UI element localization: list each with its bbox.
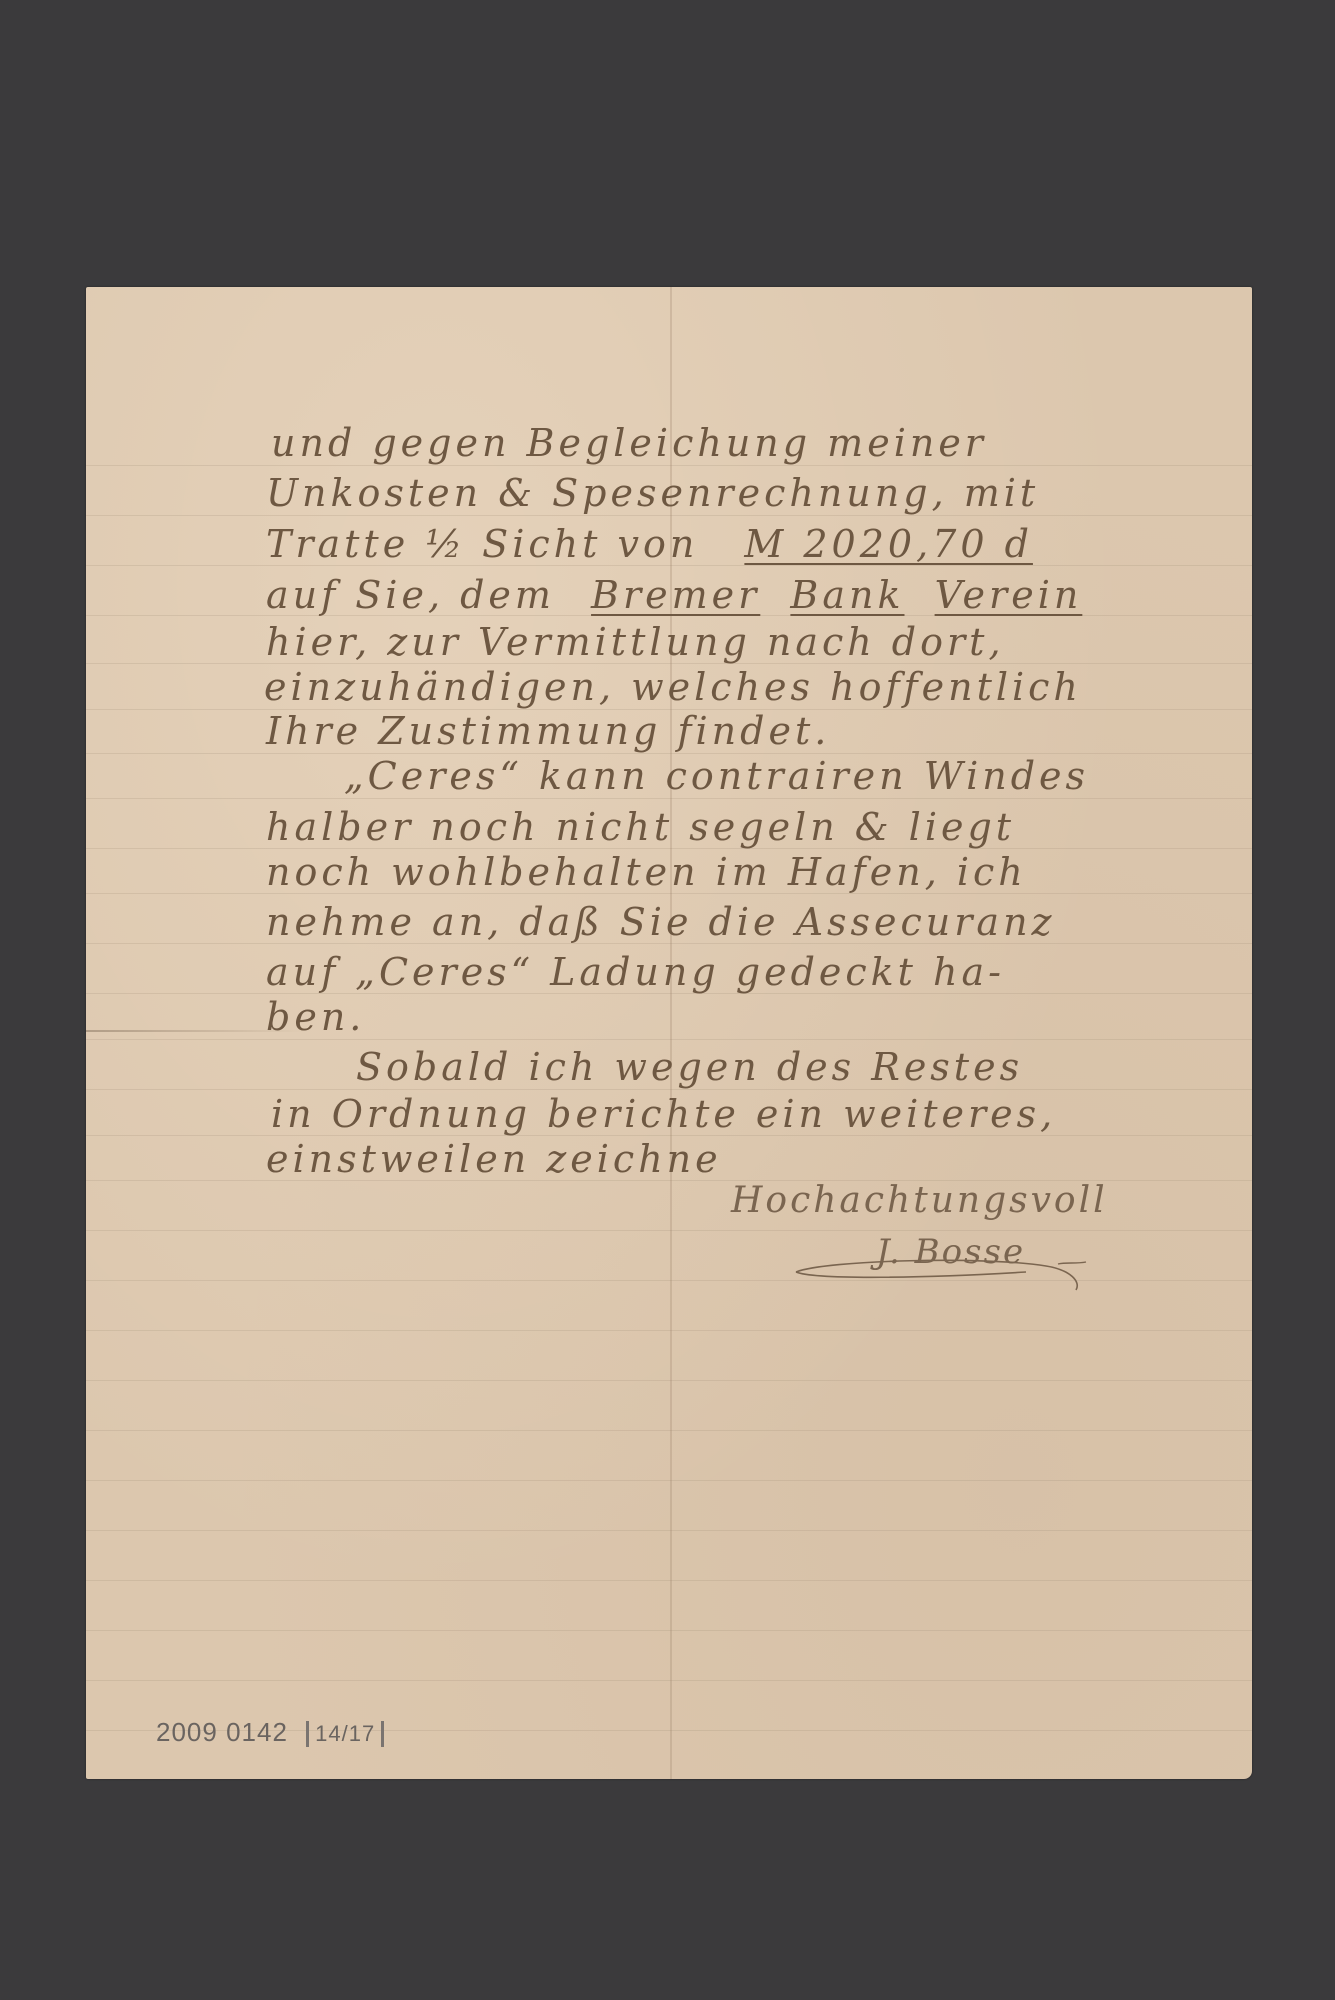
text-line-13: ben.	[266, 995, 365, 1039]
draft-text: Tratte ½ Sicht von	[266, 522, 698, 566]
text-line-16: einstweilen zeichne	[266, 1137, 722, 1181]
text-line-4: auf Sie, dem Bremer Bank Verein	[266, 573, 1082, 617]
text-line-5: hier, zur Vermittlung nach dort,	[266, 620, 1005, 664]
catalog-number: 2009 0142	[156, 1717, 288, 1747]
ruled-line	[86, 1039, 1252, 1040]
recipient-text: auf Sie, dem	[266, 573, 555, 617]
text-line-11: nehme an, daß Sie die Assecuranz	[266, 900, 1056, 944]
ruled-line	[86, 1480, 1252, 1481]
ruled-line	[86, 1680, 1252, 1681]
closing: Hochachtungsvoll	[731, 1180, 1108, 1221]
text-line-9: halber noch nicht segeln & liegt	[266, 805, 1015, 849]
ruled-line	[86, 515, 1252, 516]
text-line-6: einzuhändigen, welches hoffentlich	[264, 665, 1082, 709]
ruled-line	[86, 1530, 1252, 1531]
signature-flourish-icon	[786, 1242, 1096, 1292]
bank-word-1: Bremer	[591, 573, 760, 617]
text-line-7: Ihre Zustimmung findet.	[266, 709, 830, 753]
ruled-line	[86, 1330, 1252, 1331]
letter-paper: und gegen Begleichung meiner Unkosten & …	[86, 287, 1252, 1779]
text-line-8: „Ceres“ kann contrairen Windes	[344, 754, 1089, 798]
catalog-annotation: 2009 0142 14/17	[156, 1717, 384, 1748]
text-line-2: Unkosten & Spesenrechnung, mit	[266, 471, 1039, 515]
ruled-line	[86, 1089, 1252, 1090]
bank-word-3: Verein	[935, 573, 1083, 617]
text-line-12: auf „Ceres“ Ladung gedeckt ha-	[266, 950, 1005, 994]
text-line-15: in Ordnung berichte ein weiteres,	[271, 1092, 1056, 1136]
ruled-line	[86, 1380, 1252, 1381]
text-line-14: Sobald ich wegen des Restes	[356, 1045, 1023, 1089]
ruled-line	[86, 1430, 1252, 1431]
amount: M 2020,70 d	[744, 522, 1033, 566]
ruled-line	[86, 1230, 1252, 1231]
text-line-1: und gegen Begleichung meiner	[271, 421, 987, 465]
ruled-line	[86, 465, 1252, 466]
ruled-line	[86, 798, 1252, 799]
text-line-10: noch wohlbehalten im Hafen, ich	[266, 850, 1027, 894]
ruled-line	[86, 1630, 1252, 1631]
ruled-line	[86, 1580, 1252, 1581]
bank-word-2: Bank	[790, 573, 904, 617]
text-line-3: Tratte ½ Sicht von M 2020,70 d	[266, 522, 1033, 566]
page-marker: 14/17	[306, 1721, 384, 1747]
